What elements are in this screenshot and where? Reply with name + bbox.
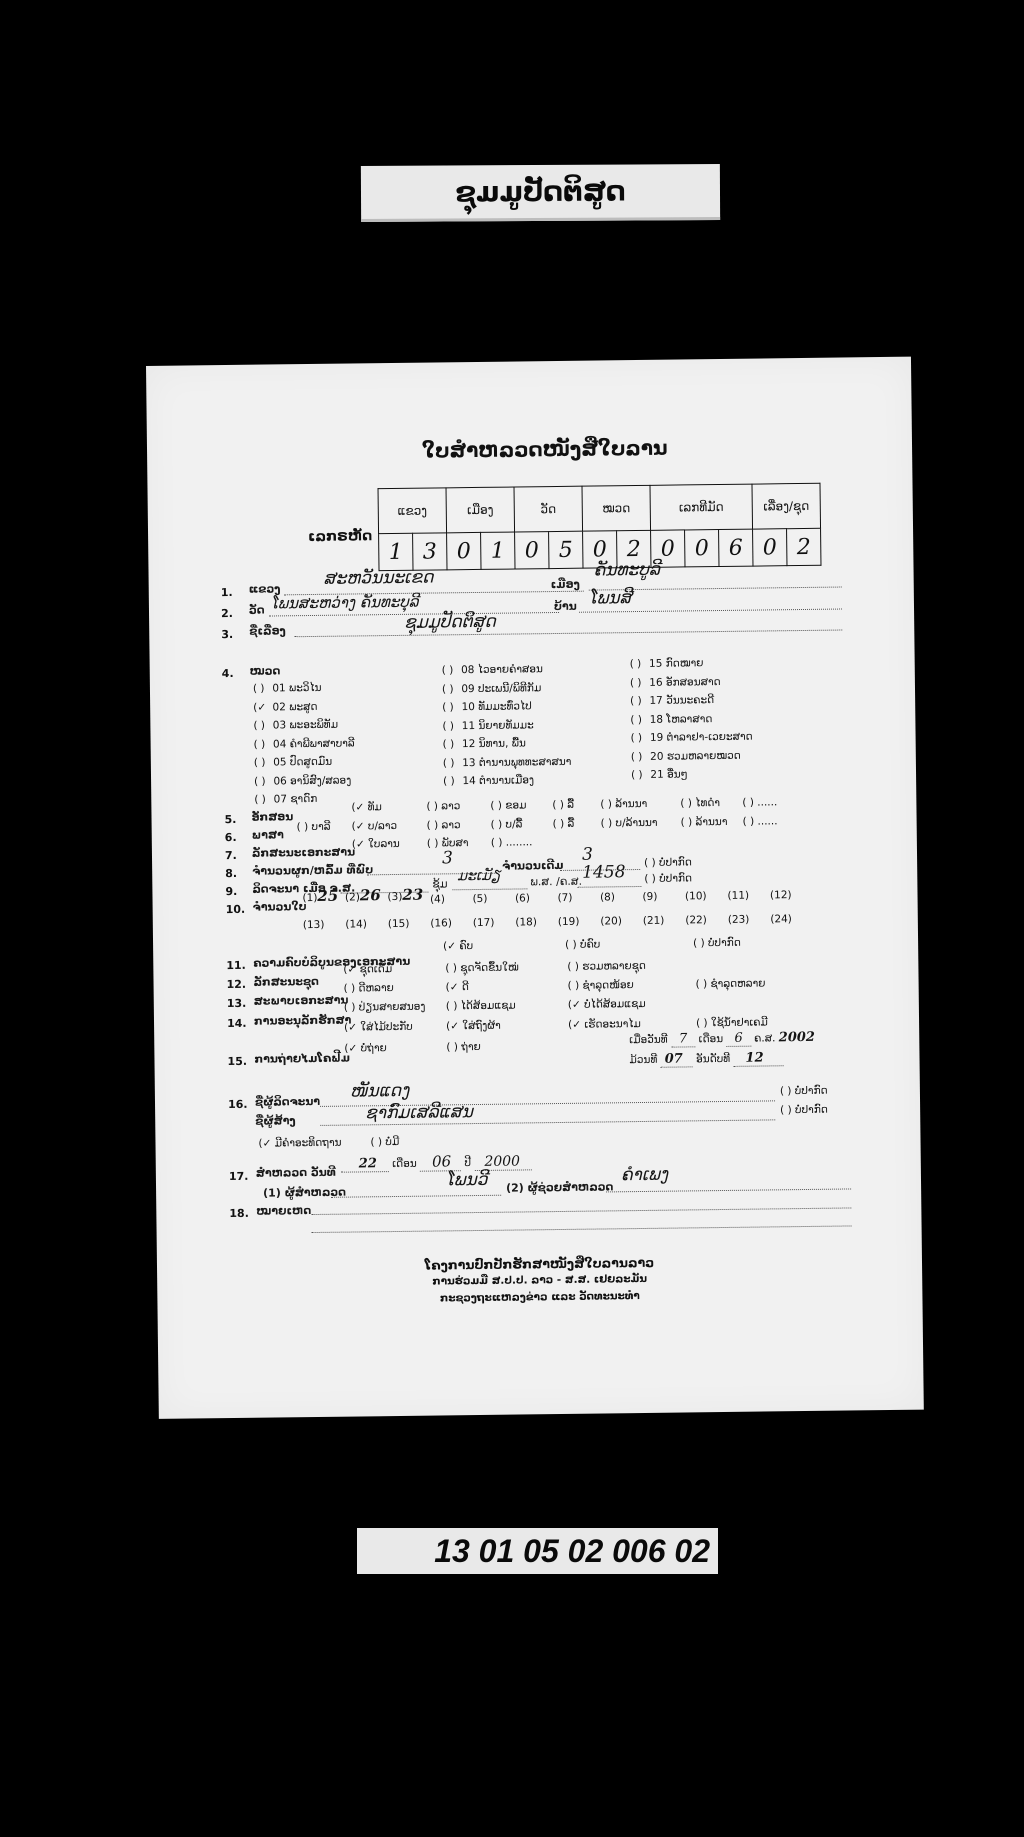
field-number: 1. <box>221 586 233 599</box>
checked-icon[interactable]: (✓ <box>253 701 269 713</box>
condition-label: ສະພາບເອກະສານ <box>254 994 349 1008</box>
option-checkbox[interactable]: ( ) ບໍ່ຄົບ <box>565 937 693 951</box>
option-checkbox[interactable]: ( ) ລ້ານນາ <box>681 816 743 829</box>
dotted-line <box>294 630 842 638</box>
checked-option[interactable]: (✓ ໃສ່ຖົງຜ້າ <box>446 1019 568 1032</box>
animal-year-value: ມະເມັຽ <box>457 868 500 885</box>
survey-month-value: 06 <box>420 1152 461 1172</box>
era-year-value: 1458 <box>582 862 626 883</box>
dotted-line <box>606 1188 851 1192</box>
option-checkbox[interactable]: ( ) ປ່ຽນສາຍສນອງ <box>344 1000 446 1013</box>
category-option-label: 03 ພະອະພິທັມ <box>269 719 338 732</box>
category-option-label: 21 ອື່ນໆ <box>647 768 688 780</box>
checked-option[interactable]: (✓ ໃບລານ <box>352 838 427 851</box>
checkbox-icon[interactable]: ( ) <box>630 676 646 688</box>
footer-line-3: ກະຊວງຖະແຫລງຂ່າວ ແລະ ວັດທະນະທຳ <box>157 1287 922 1308</box>
fascicles-found-value: 3 <box>442 848 453 868</box>
checked-option[interactable]: (✓ ບໍ່ໄດ້ສ້ອມແຊມ <box>568 997 696 1011</box>
category-option[interactable]: ( ) 21 ອື່ນໆ <box>631 768 753 788</box>
checkbox-icon[interactable]: ( ) <box>630 695 646 707</box>
district-value: ຄັນທະບູລີ <box>593 560 660 581</box>
category-option[interactable]: ( ) 18 ໂຫລາສາດ <box>630 712 752 732</box>
survey-date: 22 ເດືອນ 06 ປີ 2000 <box>341 1151 533 1171</box>
field-number: 13. <box>227 997 247 1010</box>
code-label: ເລກຣຫັດ <box>308 528 372 545</box>
option-checkbox[interactable]: ( ) ໄທດຳ <box>680 797 742 810</box>
manuscript-code-label: 13 01 05 02 006 02 <box>357 1528 718 1574</box>
category-option-label: 15 ກົດໝາຍ <box>646 657 704 670</box>
assistant-label: (2) ຜູ້ຊ່ວຍສຳຫລວດ <box>506 1180 613 1194</box>
leaf-count-row-2: (13)(14)(15)(16)(17)(18)(19)(20)(21)(22)… <box>303 913 813 931</box>
day-value: 7 <box>671 1031 695 1047</box>
option-checkbox[interactable]: ( ) ພັບສາ <box>427 837 491 850</box>
frame-value: 12 <box>733 1050 783 1067</box>
leaf-count-value: 26 <box>360 886 381 904</box>
checkbox-icon[interactable]: ( ) <box>254 775 270 787</box>
category-option-label: 05 ປົດສູດມົນ <box>270 756 332 769</box>
category-option-label: 18 ໂຫລາສາດ <box>646 713 712 726</box>
category-option[interactable]: ( ) 04 ຄຳພີພາສາບາລີ <box>254 737 355 757</box>
script-label: ອັກສອນ <box>251 810 293 824</box>
category-option[interactable]: ( ) 12 ນິທານ, ພື້ນ <box>443 737 572 757</box>
checkbox-icon[interactable]: ( ) <box>254 757 270 769</box>
temple-label: ວັດ <box>249 604 265 617</box>
field-number: 8. <box>225 867 237 880</box>
code-header: ວັດ <box>514 486 583 532</box>
checkbox-icon[interactable]: ( ) <box>442 683 458 695</box>
category-option[interactable]: ( ) 01 ພະວິໄນ <box>253 681 354 701</box>
checkbox-icon[interactable]: ( ) <box>253 720 269 732</box>
code-digit: 5 <box>549 531 583 568</box>
checkbox-icon[interactable]: ( ) <box>630 713 646 725</box>
option-checkbox[interactable]: ( ) ຊຸດຈັດຂຶ້ນໃໝ່ <box>445 961 567 974</box>
script-options: (✓ ທັມ( ) ລາວ( ) ຂອມ( ) ລື້( ) ລ້ານນາ( )… <box>351 796 782 813</box>
category-option[interactable]: ( ) 06 ອານິສົງ/ສລອງ <box>254 774 355 794</box>
code-header: ເມືອງ <box>446 487 515 533</box>
category-option[interactable]: ( ) 20 ຮວມຫລາຍໝວດ <box>631 749 753 769</box>
category-option-label: 09 ປະເພນີ/ພິທີກັມ <box>458 682 541 695</box>
checkbox-icon[interactable]: ( ) <box>443 757 459 769</box>
leaf-count-index: (1) <box>302 892 317 904</box>
province-value: ສະຫວັນນະເຂດ <box>323 568 433 589</box>
year-value: 2002 <box>779 1030 815 1045</box>
option-checkbox[interactable]: ( ) ບ/ລ້ານນາ <box>601 817 681 830</box>
title-label: ຊື່ເລື່ອງ <box>249 624 286 637</box>
category-option-label: 06 ອານິສົງ/ສລອງ <box>270 774 351 787</box>
leaf-count-value: 25 <box>317 887 338 905</box>
leaf-count-label: ຈຳນວນໃບ <box>253 900 307 914</box>
leaf-count-index: (19) <box>558 915 601 928</box>
microfilm-label: ການຖ່າຍໄມໂຄຟີມ <box>254 1052 350 1066</box>
unknown-checkbox[interactable]: ( ) ບໍ່ປາກົດ <box>780 1085 828 1098</box>
category-option-label: 19 ຕຳລາຢາ-ເວຍະສາດ <box>647 731 753 744</box>
leaf-count-value: 23 <box>402 886 423 904</box>
code-table: ແຂວງ ເມືອງ ວັດ ໝວດ ເລກທີມັດ ເລື່ອງ/ຊຸດ 1… <box>378 483 822 571</box>
field-number: 6. <box>225 831 237 844</box>
set-type-label: ລັກສະນະຊຸດ <box>253 975 319 989</box>
month-value: 6 <box>726 1031 750 1047</box>
category-option-label: 07 ຊາດົກ <box>270 793 317 806</box>
option-checkbox[interactable]: ( ) ...... <box>742 796 782 808</box>
category-option[interactable]: ( ) 15 ກົດໝາຍ <box>630 657 752 677</box>
category-option[interactable]: ( ) 13 ຕຳນານພຸທທະສາສນາ <box>443 755 572 775</box>
code-digit: 2 <box>787 528 821 565</box>
field-number: 4. <box>222 667 234 680</box>
code-header: ເລື່ອງ/ຊຸດ <box>752 483 821 529</box>
category-option-label: 20 ຮວມຫລາຍໝວດ <box>647 749 741 762</box>
frame-label: ອັນດັບທີ <box>696 1053 730 1065</box>
field-number: 9. <box>225 885 237 898</box>
temple-value: ໂພນສະຫວ່າງ ຄັນທະບຸລີ <box>271 593 419 613</box>
option-checkbox[interactable]: ( ) ຊຳລຸດໜ້ອຍ <box>568 978 696 992</box>
category-option[interactable]: ( ) 19 ຕຳລາຢາ-ເວຍະສາດ <box>631 731 753 751</box>
option-checkbox[interactable]: ( ) ລາວ <box>426 800 490 813</box>
option-checkbox[interactable]: ( ) ໄດ້ສ້ອມແຊມ <box>446 999 568 1012</box>
conservation-options-1: ( ) ປ່ຽນສາຍສນອງ( ) ໄດ້ສ້ອມແຊມ(✓ ບໍ່ໄດ້ສ້… <box>344 997 696 1013</box>
option-checkbox[interactable]: ( ) ໃຊ້ນ້ຳຢາເຄມີ <box>696 1016 796 1029</box>
option-checkbox[interactable]: ( ) ຮວມຫລາຍຊຸດ <box>567 959 697 973</box>
category-option[interactable]: ( ) 17 ວັນນະຄະດີ <box>630 694 752 714</box>
field-number: 3. <box>221 628 233 641</box>
category-option[interactable]: ( ) 03 ພະອະພິທັມ <box>253 718 354 738</box>
category-column-3: ( ) 15 ກົດໝາຍ( ) 16 ອັກສອນສາດ( ) 17 ວັນນ… <box>630 657 754 788</box>
material-label: ລັກສະນະເອກະສານ <box>252 845 355 859</box>
remarks-label: ໝາຍເຫດ <box>256 1204 311 1218</box>
option-checkbox[interactable]: ( ) ບໍ່ປາກົດ <box>693 936 793 949</box>
title-value: ຊຸມມູປັດຕິສູດ <box>404 612 496 633</box>
category-option-label: 02 ພະສູດ <box>269 700 317 713</box>
field-number: 5. <box>224 813 236 826</box>
survey-year-label: ປີ <box>464 1157 471 1169</box>
leaf-count-cell: (9) <box>642 882 685 903</box>
checked-option[interactable]: (✓ ທັມ <box>351 801 426 814</box>
checkbox-icon[interactable]: ( ) <box>630 658 646 670</box>
checked-option[interactable]: (✓ ໃສ່ໄມ້ປະກັບ <box>344 1020 446 1033</box>
leaf-count-cell: (11) <box>727 881 770 902</box>
leaf-count-cell: (7) <box>557 883 600 904</box>
leaf-count-index: (16) <box>430 917 473 930</box>
category-label: ໝວດ <box>250 664 281 677</box>
leaf-count-cell: (4) <box>430 885 473 906</box>
category-option[interactable]: ( ) 09 ປະເພນີ/ພິທີກັມ <box>442 681 571 701</box>
option-checkbox[interactable]: ( ) ລື້ <box>553 817 601 830</box>
field-number: 15. <box>227 1055 247 1068</box>
code-header-row: ແຂວງ ເມືອງ ວັດ ໝວດ ເລກທີມັດ ເລື່ອງ/ຊຸດ <box>378 483 821 533</box>
dotted-line <box>579 609 842 613</box>
remarks-line[interactable] <box>311 1207 851 1215</box>
option-checkbox[interactable]: ( ) ດີຫລາຍ <box>344 981 446 994</box>
leaf-count-index: (18) <box>515 916 558 929</box>
code-digit: 0 <box>447 532 481 569</box>
microfilm-options: (✓ ບໍ່ຖ່າຍ( ) ຖ່າຍ <box>344 1040 568 1055</box>
leaf-count-cell: (5) <box>472 885 515 906</box>
code-header: ແຂວງ <box>378 488 447 534</box>
village-label: ບ້ານ <box>554 600 577 613</box>
checked-option[interactable]: (✓ ເຮັດອະນາໄມ <box>568 1017 696 1031</box>
date-label: ເມື່ອວັນທີ <box>629 1034 668 1046</box>
field-number: 2. <box>221 607 233 620</box>
remarks-line[interactable] <box>312 1225 852 1233</box>
village-value: ໂພນສີ <box>589 588 632 609</box>
leaf-count-cell: (12) <box>770 881 813 902</box>
checkbox-icon[interactable]: ( ) <box>631 769 647 781</box>
roll-label: ມ້ວນທີ <box>629 1054 657 1066</box>
completeness-options: (✓ ຄົບ( ) ບໍ່ຄົບ( ) ບໍ່ປາກົດ <box>443 936 793 952</box>
leaf-count-cell: (6) <box>515 884 558 905</box>
surveyor-value: ໂພນວີ <box>446 1170 488 1191</box>
leaf-count-index: (10) <box>685 890 707 902</box>
fascicles-found-label: ຈຳນວນຜູກ/ຫລົ້ມ ທີ່ພົບ <box>252 863 373 877</box>
category-column-2: ( ) 08 ໄວອາຍຄຳສອນ( ) 09 ປະເພນີ/ພິທີກັມ( … <box>442 663 572 794</box>
leaf-count-index: (2) <box>345 891 360 903</box>
option-checkbox[interactable]: ( ) ລ້ານນາ <box>600 798 680 811</box>
checkbox-icon[interactable]: ( ) <box>442 664 458 676</box>
survey-record-card: ໃບສຳຫລວດໜັງສືໃບລານ ເລກຣຫັດ ແຂວງ ເມືອງ ວັ… <box>146 357 924 1419</box>
manuscript-title-label: ຊຸມມູປັດຕິສູດ <box>361 164 720 222</box>
checkbox-icon[interactable]: ( ) <box>254 738 270 750</box>
leaf-count-index: (22) <box>685 914 728 927</box>
category-option-label: 13 ຕຳນານພຸທທະສາສນາ <box>459 755 572 768</box>
category-option[interactable]: ( ) 07 ຊາດົກ <box>254 792 355 812</box>
code-header: ໝວດ <box>582 485 651 531</box>
option-checkbox[interactable]: ( ) ຖ່າຍ <box>446 1040 568 1053</box>
leaf-count-index: (23) <box>728 913 771 926</box>
leaf-count-index: (8) <box>600 891 615 903</box>
leaf-count-row-1: (1)25(2)26(3)23(4)(5)(6)(7)(8)(9)(10)(11… <box>302 881 812 907</box>
category-option-label: 14 ຕຳນານເມືອງ <box>459 774 534 787</box>
leaf-count-index: (11) <box>727 890 749 902</box>
category-option[interactable]: ( ) 10 ທັມມະທົ່ວໄປ <box>442 700 571 720</box>
unknown-checkbox[interactable]: ( ) ບໍ່ປາກົດ <box>644 856 692 869</box>
code-digit: 0 <box>685 530 719 567</box>
leaf-count-index: (6) <box>515 892 530 904</box>
month-label: ເດືອນ <box>699 1033 724 1045</box>
unknown-checkbox[interactable]: ( ) ບໍ່ປາກົດ <box>780 1104 828 1117</box>
leaf-count-cell: (10) <box>685 882 728 903</box>
donor-label: ຊື່ຜູ້ສ້າງ <box>255 1114 296 1127</box>
district-label: ເມືອງ <box>551 578 580 591</box>
leaf-count-index: (13) <box>303 919 346 932</box>
checked-option[interactable]: (✓ ດີ <box>446 980 568 993</box>
option-checkbox[interactable]: ( ) ບາລີ <box>297 821 352 834</box>
roll-value: 07 <box>661 1051 693 1067</box>
checkbox-icon[interactable]: ( ) <box>631 750 647 762</box>
code-digit: 0 <box>515 532 549 569</box>
option-checkbox[interactable]: ( ) ຊຳລຸດຫລາຍ <box>696 977 796 990</box>
leaf-count-cell: (8) <box>600 883 643 904</box>
category-option-label: 16 ອັກສອນສາດ <box>646 676 721 689</box>
dedication-no-checkbox[interactable]: ( ) ບໍ່ມີ <box>370 1136 399 1148</box>
field-number: 14. <box>227 1017 247 1030</box>
leaf-count-cell: (3)23 <box>387 886 430 907</box>
language-options: ( ) ບາລີ(✓ ບ/ລາວ( ) ລາວ( ) ບ/ລື້( ) ລື້(… <box>297 815 783 833</box>
field-number: 7. <box>225 849 237 862</box>
checkbox-icon[interactable]: ( ) <box>443 775 459 787</box>
leaf-count-index: (4) <box>430 893 445 905</box>
scribe-value: ໜັນແດງ <box>350 1081 410 1102</box>
field-number: 11. <box>226 959 246 972</box>
category-option-label: 17 ວັນນະຄະດີ <box>646 694 714 707</box>
option-checkbox[interactable]: ( ) ........ <box>491 836 551 849</box>
field-number: 10. <box>226 903 246 916</box>
donor-value: ຊາກົມເສລີແສນ <box>365 1102 473 1123</box>
leaf-count-index: (5) <box>472 893 487 905</box>
code-digit: 1 <box>481 532 515 569</box>
dotted-line <box>331 1195 501 1198</box>
field-number: 18. <box>229 1207 249 1220</box>
category-option[interactable]: ( ) 11 ນິຍາຍທັມມະ <box>442 718 571 738</box>
checked-option[interactable]: (✓ ບ/ລາວ <box>352 820 427 833</box>
original-count-label: ຈຳນວນເດີມ <box>502 859 564 873</box>
category-option-label: 10 ທັມມະທົ່ວໄປ <box>458 700 532 713</box>
option-checkbox[interactable]: ( ) ບ/ລື້ <box>491 818 553 831</box>
code-digit: 3 <box>413 533 447 570</box>
leaf-count-cell: (2)26 <box>345 886 388 907</box>
leaf-count-index: (24) <box>770 913 813 926</box>
option-checkbox[interactable]: ( ) ລື້ <box>552 798 600 811</box>
microfilm-date: ເມື່ອວັນທີ 7 ເດືອນ 6 ຄ.ສ. 2002 <box>629 1030 815 1047</box>
survey-year-value: 2000 <box>474 1153 532 1171</box>
dedication-yes-checkbox[interactable]: (✓ ມີຄຳອະທິດຖານ <box>258 1137 341 1150</box>
checkbox-icon[interactable]: ( ) <box>254 794 270 806</box>
option-checkbox[interactable]: ( ) ລາວ <box>427 819 491 832</box>
field-number: 17. <box>229 1170 249 1183</box>
scribe-label: ຊື່ຜູ້ລິດຈະນາ <box>255 1095 320 1109</box>
leaf-count-index: (9) <box>642 891 657 903</box>
checkbox-icon[interactable]: ( ) <box>442 720 458 732</box>
category-option[interactable]: (✓ 02 ພະສູດ <box>253 700 354 720</box>
code-digit: 6 <box>719 529 753 566</box>
category-option-label: 01 ພະວິໄນ <box>269 682 322 695</box>
condition-options: ( ) ດີຫລາຍ(✓ ດີ( ) ຊຳລຸດໜ້ອຍ( ) ຊຳລຸດຫລາ… <box>344 977 796 995</box>
checkbox-icon[interactable]: ( ) <box>631 732 647 744</box>
category-option[interactable]: ( ) 05 ປົດສູດມົນ <box>254 755 355 775</box>
checkbox-icon[interactable]: ( ) <box>442 701 458 713</box>
option-checkbox[interactable]: ( ) ຂອມ <box>490 799 552 812</box>
checkbox-icon[interactable]: ( ) <box>443 738 459 750</box>
checked-option[interactable]: (✓ ຄົບ <box>443 939 565 952</box>
category-column-1: ( ) 01 ພະວິໄນ(✓ 02 ພະສູດ( ) 03 ພະອະພິທັມ… <box>253 681 356 812</box>
conservation-label: ການອະນຸລັກຮັກສາ <box>254 1014 351 1028</box>
leaf-count-index: (17) <box>473 917 516 930</box>
category-option[interactable]: ( ) 16 ອັກສອນສາດ <box>630 675 752 695</box>
leaf-count-index: (12) <box>770 889 792 901</box>
leaf-count-index: (21) <box>643 914 686 927</box>
category-option-label: 08 ໄວອາຍຄຳສອນ <box>458 663 543 676</box>
code-digit: 1 <box>379 533 413 570</box>
survey-month-label: ເດືອນ <box>392 1158 417 1170</box>
leaf-count-index: (15) <box>388 918 431 931</box>
microfilm-roll: ມ້ວນທີ 07 ອັນດັບທີ 12 <box>629 1050 783 1067</box>
field-number: 12. <box>226 978 246 991</box>
year-label: ຄ.ສ. <box>754 1032 775 1044</box>
language-label: ພາສາ <box>252 828 284 841</box>
category-option-label: 12 ນິທານ, ພື້ນ <box>459 737 526 750</box>
assistant-value: ຄຳເພງ <box>621 1165 668 1186</box>
field-number: 16. <box>228 1098 248 1111</box>
form-title: ໃບສຳຫລວດໜັງສືໃບລານ <box>422 436 668 463</box>
category-option[interactable]: ( ) 14 ຕຳນານເມືອງ <box>443 774 572 794</box>
checked-option[interactable]: (✓ ບໍ່ຖ່າຍ <box>344 1041 446 1054</box>
checked-option[interactable]: (✓ ຊຸດເດີມ <box>343 962 445 975</box>
option-checkbox[interactable]: ( ) ...... <box>743 815 783 827</box>
leaf-count-index: (3) <box>387 891 402 903</box>
survey-date-label: ສຳຫລວດ ວັນທີ <box>256 1166 336 1180</box>
checkbox-icon[interactable]: ( ) <box>253 683 269 695</box>
category-option-label: 04 ຄຳພີພາສາບາລີ <box>270 737 355 750</box>
leaf-count-index: (7) <box>557 892 572 904</box>
code-header: ເລກທີມັດ <box>650 484 753 530</box>
category-option[interactable]: ( ) 08 ໄວອາຍຄຳສອນ <box>442 663 571 683</box>
category-option-label: 11 ນິຍາຍທັມມະ <box>458 719 533 732</box>
survey-day-value: 22 <box>341 1156 389 1173</box>
leaf-count-index: (20) <box>600 915 643 928</box>
leaf-count-index: (14) <box>345 918 388 931</box>
code-digit: 0 <box>753 529 787 566</box>
leaf-count-cell: (1)25 <box>302 887 345 908</box>
